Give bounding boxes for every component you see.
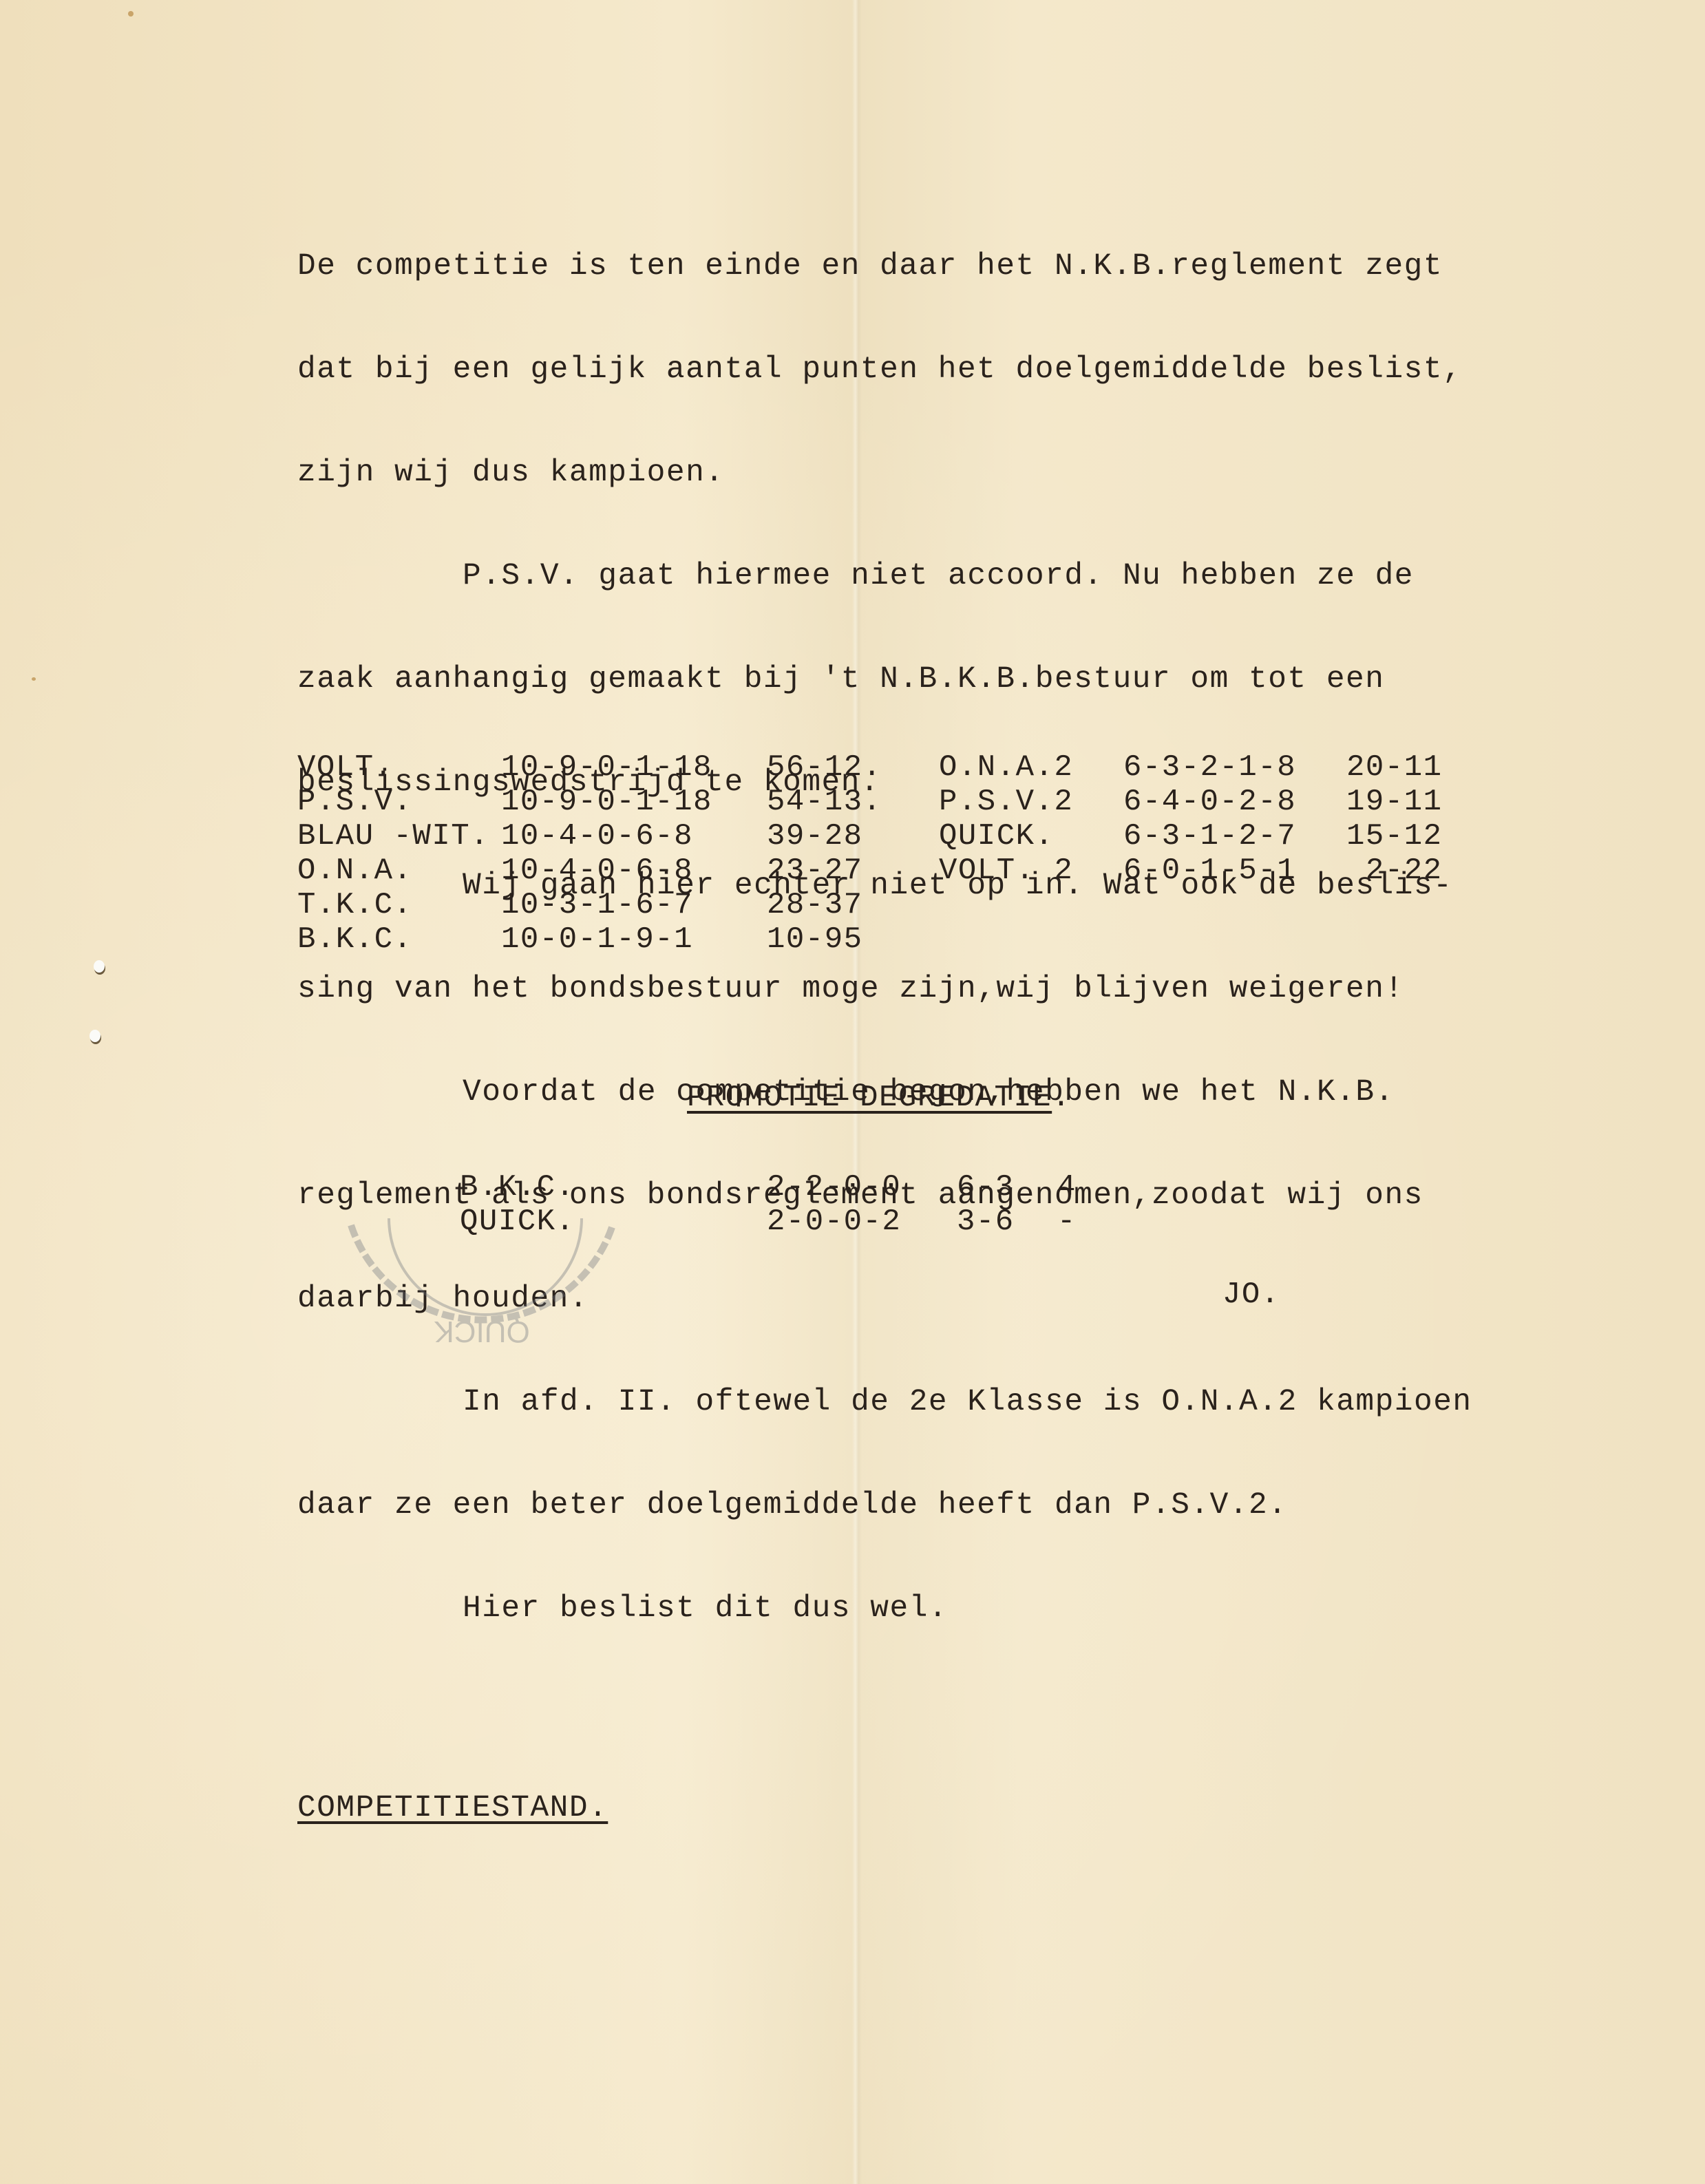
- paragraph-line: Hier beslist dit dus wel.: [297, 1591, 1472, 1626]
- paragraph-line: In afd. II. oftewel de 2e Klasse is O.N.…: [297, 1385, 1472, 1419]
- team-goals: 56-12.: [767, 750, 882, 785]
- team-record: 6-0-1-5-1: [1123, 854, 1296, 888]
- team-name: B.K.C.: [297, 922, 412, 957]
- team-goals: 6-3: [957, 1170, 1015, 1205]
- team-name: P.S.V.2: [939, 785, 1073, 819]
- team-record: 10-9-0-1-18: [501, 785, 712, 819]
- punch-hole: [89, 1030, 100, 1042]
- team-goals: 23-27: [767, 854, 863, 888]
- punch-hole: [94, 960, 105, 973]
- team-name: P.S.V.: [297, 785, 412, 819]
- team-name: VOLT.: [297, 750, 394, 785]
- team-name: O.N.A.2: [939, 750, 1073, 785]
- paragraph-line: zaak aanhangig gemaakt bij 't N.B.K.B.be…: [297, 662, 1472, 697]
- team-record: 2-2-0-0: [767, 1170, 901, 1205]
- team-record: 10-4-0-6-8: [501, 854, 693, 888]
- paper-stain: [128, 11, 134, 17]
- paragraph-line: sing van het bondsbestuur moge zijn,wij …: [297, 972, 1472, 1006]
- paragraph-line: De competitie is ten einde en daar het N…: [297, 249, 1472, 284]
- team-record: 2-0-0-2: [767, 1205, 901, 1239]
- paragraph-line: zijn wij dus kampioen.: [297, 456, 1472, 490]
- team-record: 6-3-2-1-8: [1123, 750, 1296, 785]
- team-goals: 10-95: [767, 922, 863, 957]
- standings-heading: COMPETITIESTAND.: [297, 1791, 608, 1825]
- team-points: -: [1057, 1205, 1077, 1239]
- team-goals: 19-11: [1346, 785, 1443, 819]
- team-name: O.N.A.: [297, 854, 412, 888]
- team-record: 10-3-1-6-7: [501, 888, 693, 922]
- team-goals: 3-6: [957, 1205, 1015, 1239]
- team-record: 6-3-1-2-7: [1123, 819, 1296, 854]
- team-goals: 39-28: [767, 819, 863, 854]
- team-goals: 28-37: [767, 888, 863, 922]
- team-points: 4: [1057, 1170, 1077, 1205]
- promotion-heading: PROMOTIE DEGREDATIE.: [687, 1081, 1071, 1115]
- team-name: VOLT. 2: [939, 854, 1073, 888]
- rubber-stamp-icon: QUICK: [324, 1184, 640, 1383]
- svg-text:QUICK: QUICK: [434, 1315, 529, 1348]
- signature: JO.: [1222, 1277, 1280, 1312]
- paper-stain: [32, 677, 36, 681]
- paragraph-line: P.S.V. gaat hiermee niet accoord. Nu heb…: [297, 559, 1472, 593]
- team-record: 10-0-1-9-1: [501, 922, 693, 957]
- team-name: BLAU -WIT.: [297, 819, 489, 854]
- paragraph-line: daar ze een beter doelgemiddelde heeft d…: [297, 1488, 1472, 1523]
- team-record: 10-4-0-6-8: [501, 819, 693, 854]
- team-goals: 20-11: [1346, 750, 1443, 785]
- team-name: QUICK.: [939, 819, 1054, 854]
- team-goals: 54-13.: [767, 785, 882, 819]
- team-record: 10-9-0-1-18: [501, 750, 712, 785]
- team-goals: 2-22: [1346, 854, 1443, 888]
- letter-body: De competitie is ten einde en daar het N…: [297, 180, 1472, 1860]
- team-name: T.K.C.: [297, 888, 412, 922]
- team-goals: 15-12: [1346, 819, 1443, 854]
- paragraph-line: dat bij een gelijk aantal punten het doe…: [297, 352, 1472, 387]
- team-record: 6-4-0-2-8: [1123, 785, 1296, 819]
